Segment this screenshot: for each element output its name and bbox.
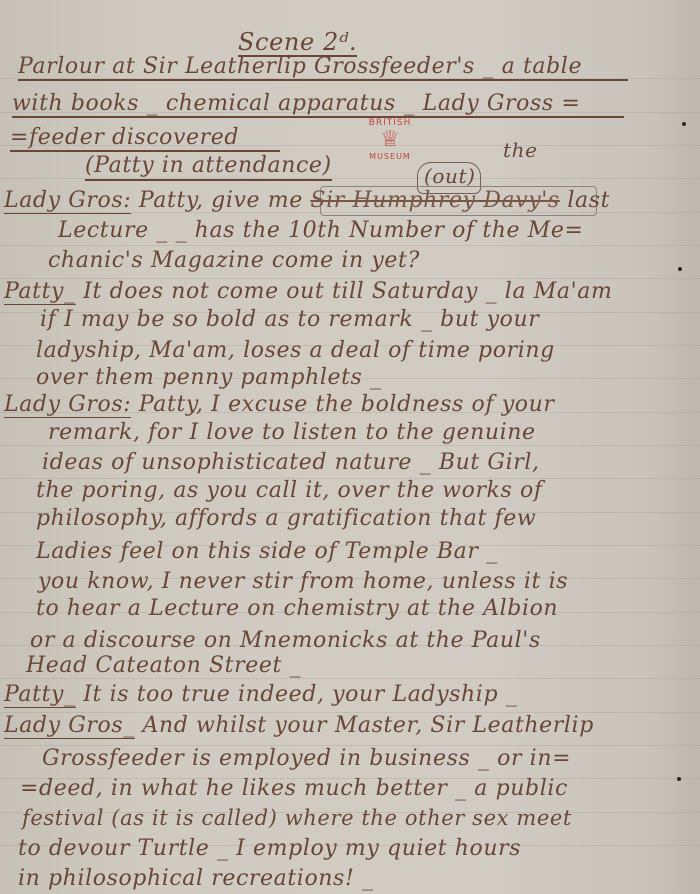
attendance-direction: (Patty in attendance)	[85, 155, 332, 177]
speech-text: Patty, give me	[139, 188, 311, 213]
speaker-name: Lady Gros:	[4, 392, 131, 418]
stamp-bottom-text: MUSEUM	[360, 152, 420, 161]
speech-line: if I may be so bold as to remark _ but y…	[40, 309, 539, 331]
scene-title: Scene 2ᵈ.	[238, 30, 357, 57]
speech-line: Lady Gros: Patty, I excuse the boldness …	[4, 394, 554, 416]
ruled-line	[0, 678, 700, 679]
stage-direction-line: Parlour at Sir Leatherlip Grossfeeder's …	[18, 56, 628, 81]
speech-line: festival (as it is called) where the oth…	[22, 808, 572, 829]
annotation-the: the	[503, 140, 538, 160]
speech-line: Patty_ It is too true indeed, your Ladys…	[4, 684, 517, 706]
annotation-out: (out)	[424, 166, 476, 186]
speech-line: Head Cateaton Street _	[26, 655, 301, 677]
speech-line: ladyship, Ma'am, loses a deal of time po…	[36, 340, 555, 362]
speaker-name: Patty_	[4, 682, 76, 708]
manuscript-page: Scene 2ᵈ. Parlour at Sir Leatherlip Gros…	[0, 0, 700, 894]
speech-line: Patty_ It does not come out till Saturda…	[4, 281, 612, 303]
speech-line: over them penny pamphlets _	[36, 367, 382, 389]
speech-line: Ladies feel on this side of Temple Bar _	[36, 541, 498, 563]
speech-line: to hear a Lecture on chemistry at the Al…	[36, 598, 558, 620]
ruled-line	[0, 445, 700, 446]
speech-line: =deed, in what he likes much better _ a …	[20, 778, 568, 800]
ruled-line	[0, 245, 700, 246]
speech-text: It is too true indeed, your Ladyship _	[83, 682, 517, 707]
speech-line: remark, for I love to listen to the genu…	[48, 422, 536, 444]
speech-line: Lady Gros: Patty, give me Sir Humphrey D…	[4, 190, 610, 212]
speaker-name: Lady Gros:	[4, 188, 131, 214]
speech-text: Patty, I excuse the boldness of your	[139, 392, 555, 417]
binding-hole	[677, 777, 681, 781]
stage-direction-line: =feeder discovered	[10, 127, 280, 152]
speech-text: And whilst your Master, Sir Leatherlip	[142, 713, 593, 738]
speech-line: you know, I never stir from home, unless…	[38, 571, 568, 593]
speech-line: in philosophical recreations! _	[18, 868, 374, 890]
struck-text: Sir Humphrey Davy's	[310, 188, 559, 213]
speech-line: to devour Turtle _ I employ my quiet hou…	[18, 838, 521, 860]
speech-line: Grossfeeder is employed in business _ or…	[42, 748, 571, 770]
speech-line: or a discourse on Mnemonicks at the Paul…	[30, 630, 541, 652]
speech-line: ideas of unsophisticated nature _ But Gi…	[42, 452, 540, 474]
speaker-name: Patty_	[4, 279, 76, 305]
attendance-text: (Patty in attendance)	[85, 153, 332, 181]
speaker-name: Lady Gros_	[4, 713, 135, 739]
speech-line: Lady Gros_ And whilst your Master, Sir L…	[4, 715, 594, 737]
speech-text: It does not come out till Saturday _ la …	[83, 279, 612, 304]
speech-line: philosophy, affords a gratification that…	[36, 508, 536, 530]
british-museum-stamp: BRITISH ♕ MUSEUM	[360, 118, 420, 178]
speech-line: chanic's Magazine come in yet?	[48, 250, 420, 272]
speech-line: the poring, as you call it, over the wor…	[36, 480, 543, 502]
binding-hole	[678, 267, 682, 271]
stage-direction-line: with books _ chemical apparatus _ Lady G…	[12, 93, 624, 118]
crown-icon: ♕	[360, 128, 420, 152]
speech-text: last	[560, 188, 610, 213]
binding-hole	[682, 122, 686, 126]
speech-line: Lecture _ _ has the 10th Number of the M…	[58, 220, 584, 242]
